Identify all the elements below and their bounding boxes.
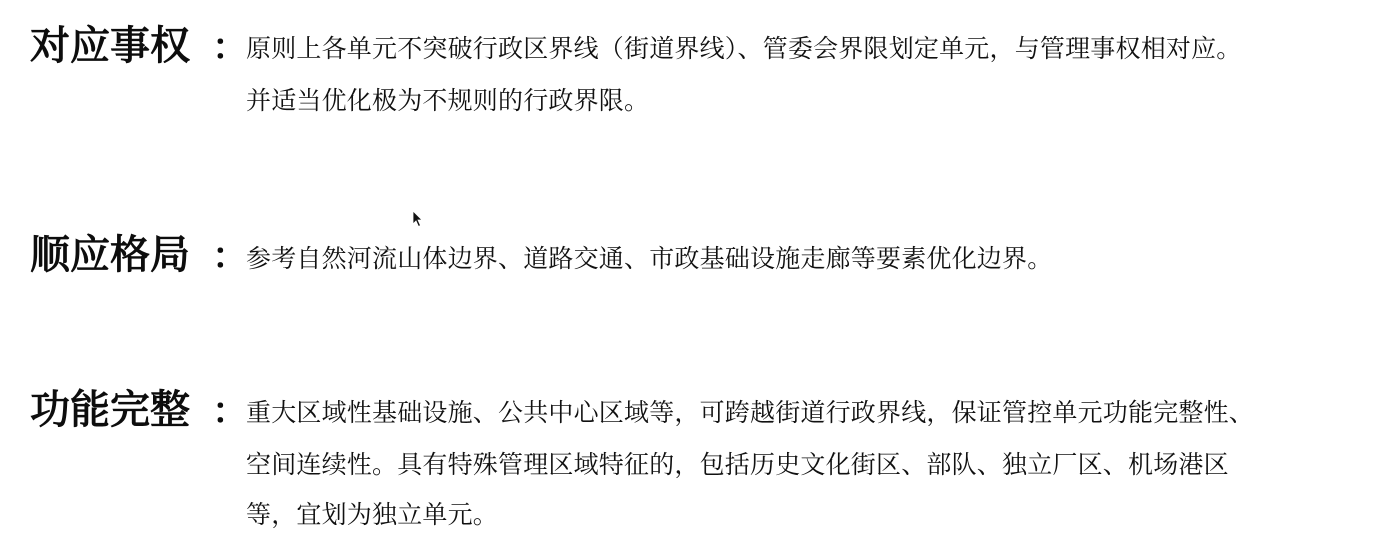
section-body-line: 并适当优化极为不规则的行政界限。 — [246, 88, 649, 113]
section-term: 顺应格局 — [30, 235, 190, 275]
section-colon: ： — [212, 239, 248, 275]
mouse-pointer-icon — [412, 210, 424, 228]
section-term: 对应事权 — [30, 26, 190, 66]
section-body-line: 等，宜划为独立单元。 — [246, 502, 498, 527]
section-body-line: 重大区域性基础设施、公共中心区域等，可跨越街道行政界线，保证管控单元功能完整性、 — [246, 400, 1254, 425]
section-colon: ： — [212, 394, 248, 430]
section-body-line: 原则上各单元不突破行政区界线（街道界线）、管委会界限划定单元，与管理事权相对应。 — [246, 36, 1242, 61]
section-body-line: 空间连续性。具有特殊管理区域特征的，包括历史文化街区、部队、独立厂区、机场港区 — [246, 452, 1229, 477]
section-term: 功能完整 — [30, 390, 190, 430]
section-colon: ： — [212, 30, 248, 66]
section-body-line: 参考自然河流山体边界、道路交通、市政基础设施走廊等要素优化边界。 — [246, 246, 1052, 271]
